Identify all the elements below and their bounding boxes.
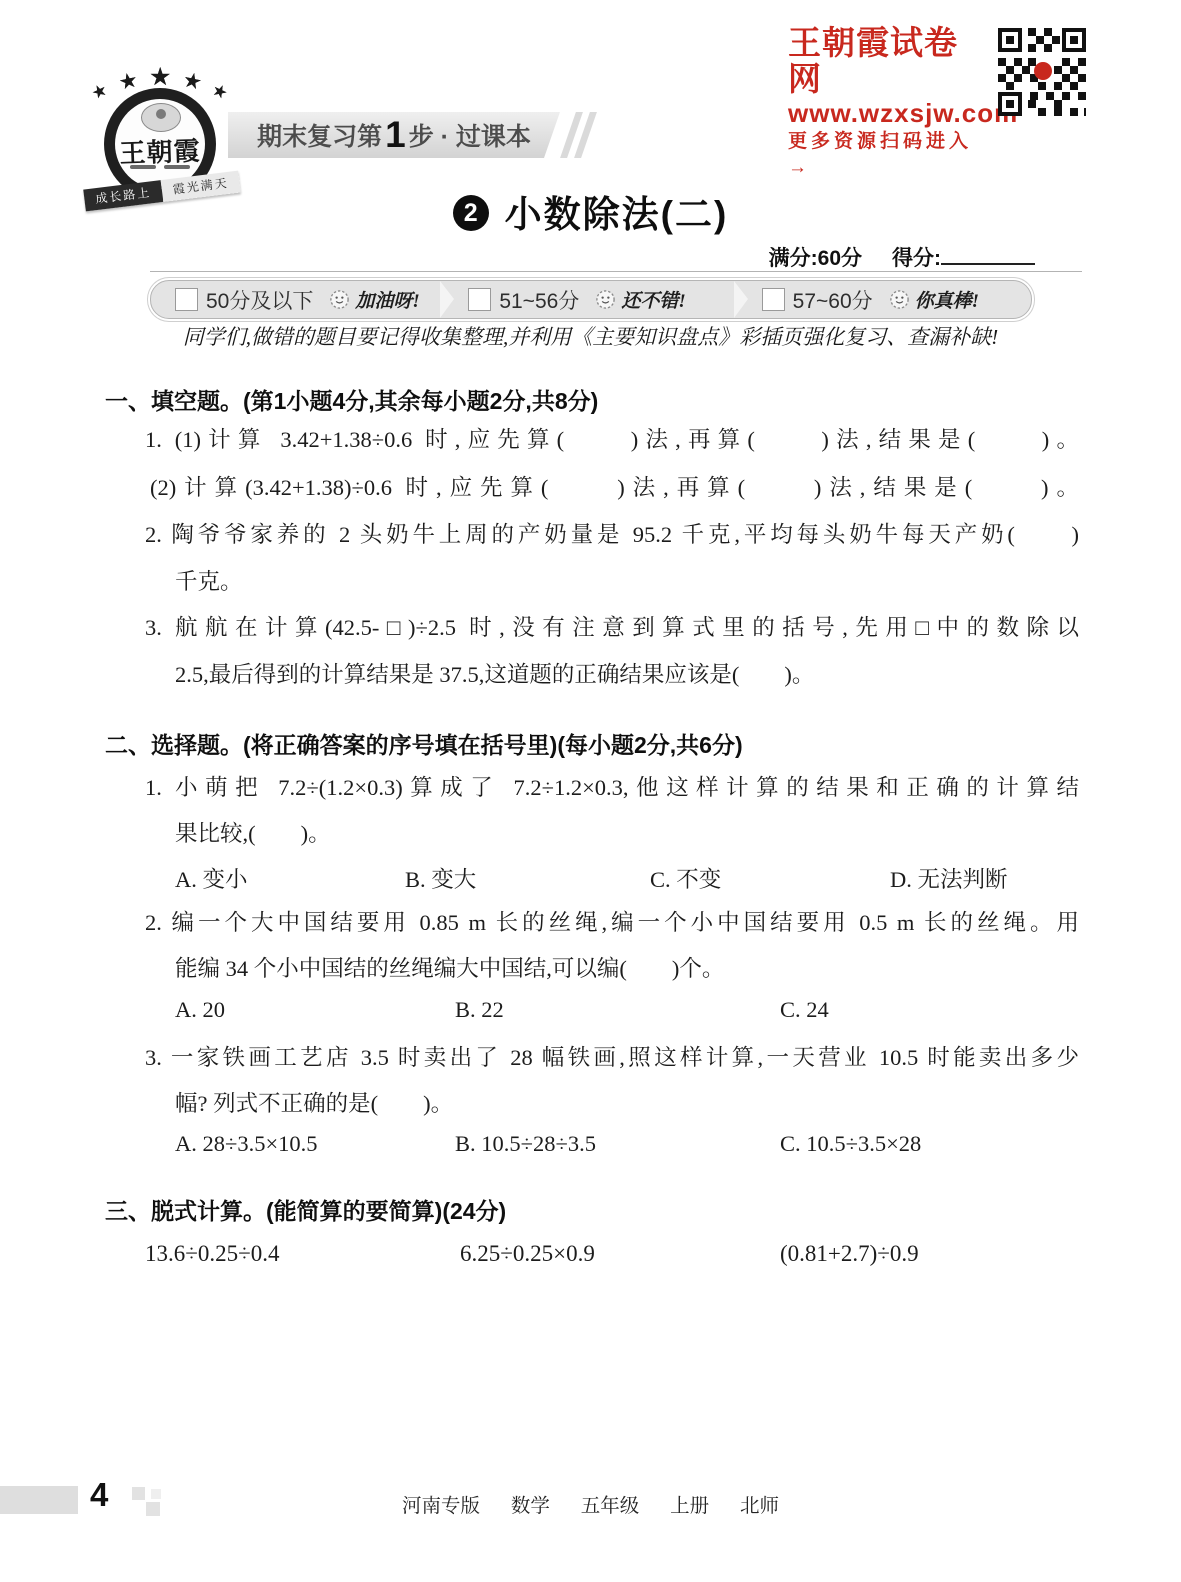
step-banner-prefix: 期末复习第 [257,117,382,153]
score-blank-line [941,243,1035,265]
title-text: 小数除法(二) [505,194,729,235]
expression: 6.25÷0.25×0.9 [460,1241,780,1267]
checkbox-icon [468,288,491,311]
question-line: 千克。 [175,567,1079,597]
score-range-label: 57~60分 [793,285,873,315]
option-d: D. 无法判断 [890,862,1008,894]
expression: (0.81+2.7)÷0.9 [780,1241,919,1267]
smiley-icon [329,289,350,310]
portrait-icon [141,103,181,132]
option-c: C. 24 [780,997,829,1023]
score-remark: 还不错! [621,286,685,313]
header-rule [150,271,1082,272]
brand-block: 王朝霞试卷网 www.wzxsjw.com 更多资源扫码进入→ [788,25,988,181]
exam-page: 王朝霞试卷网 www.wzxsjw.com 更多资源扫码进入→ [0,0,1181,1582]
footer-meta: 河南专版 数学 五年级 上册 北师 [0,1490,1181,1518]
footer-subject: 数学 [511,1496,550,1517]
section-heading-calc: 三、脱式计算。(能简算的要简算)(24分) [105,1193,506,1226]
star-icon: ★ [181,67,205,95]
score-header: 满分:60分 得分: [769,242,1035,272]
option-b: B. 22 [455,997,780,1023]
checkbox-icon [175,288,198,311]
section-heading-fill: 一、填空题。(第1小题4分,其余每小题2分,共8分) [105,383,598,416]
step-banner: 期末复习第 1 步 · 过课本 [228,112,560,158]
score-range-segment: 50分及以下 加油呀! [151,281,444,318]
option-a: A. 28÷3.5×10.5 [175,1131,455,1157]
score-label: 得分: [892,242,941,272]
question-line: 2.5,最后得到的计算结果是 37.5,这道题的正确结果应该是( )。 [175,660,1079,690]
footer-edition: 河南专版 [402,1496,480,1517]
smiley-icon [889,289,910,310]
score-remark: 加油呀! [355,286,419,313]
brand-scan-hint: 更多资源扫码进入→ [788,129,988,181]
score-range-bar: 50分及以下 加油呀! 51~56分 还不错! 57~60分 你真棒! [150,280,1032,319]
option-row: A. 28÷3.5×10.5 B. 10.5÷28÷3.5 C. 10.5÷3.… [175,1131,1081,1157]
full-score-label: 满分:60分 [769,242,862,272]
question-line: 2. 编一个大中国结要用 0.85 m 长的丝绳,编一个小中国结要用 0.5 m… [145,908,1079,938]
qr-code-icon [998,28,1086,116]
footer-publisher: 北师 [740,1496,779,1517]
expression: 13.6÷0.25÷0.4 [145,1241,460,1267]
step-number: 1 [385,112,406,158]
score-range-segment: 57~60分 你真棒! [738,281,1031,318]
question-line: 1. 小萌把 7.2÷(1.2×0.3)算成了 7.2÷1.2×0.3,他这样计… [145,773,1079,803]
score-remark: 你真棒! [915,286,979,313]
section-heading-choice: 二、选择题。(将正确答案的序号填在括号里)(每小题2分,共6分) [105,727,743,760]
score-range-label: 51~56分 [499,285,579,315]
smiley-icon [595,289,616,310]
star-icon: ★ [208,80,230,105]
paper-body: 一、填空题。(第1小题4分,其余每小题2分,共8分) 1. (1)计算 3.42… [105,375,1081,1325]
expression-row: 13.6÷0.25÷0.4 6.25÷0.25×0.9 (0.81+2.7)÷0… [145,1241,1081,1267]
footer-volume: 上册 [670,1496,709,1517]
tip-text: 同学们,做错的题目要记得收集整理,并利用《主要知识盘点》彩插页强化复习、查漏补缺… [0,321,1181,351]
option-a: A. 变小 [175,862,405,894]
badge-small-text [115,165,205,169]
question-line: 3. 航航在计算(42.5-□)÷2.5 时,没有注意到算式里的括号,先用□中的… [145,613,1079,643]
option-b: B. 变大 [405,862,650,894]
score-range-segment: 51~56分 还不错! [444,281,737,318]
footer-grade: 五年级 [581,1496,640,1517]
option-c: C. 不变 [650,862,890,894]
step-banner-suffix: 步 · 过课本 [409,117,531,153]
option-row: A. 20 B. 22 C. 24 [175,997,1081,1023]
checkbox-icon [762,288,785,311]
star-icon: ★ [88,80,110,105]
option-c: C. 10.5÷3.5×28 [780,1131,921,1157]
score-range-label: 50分及以下 [206,285,313,315]
question-line: 2. 陶爷爷家养的 2 头奶牛上周的产奶量是 95.2 千克,平均每头奶牛每天产… [145,520,1079,550]
question-line: (2)计算(3.42+1.38)÷0.6 时,应先算( )法,再算( )法,结果… [150,473,1079,503]
badge-ribbon-left: 成长路上 [83,180,163,211]
option-b: B. 10.5÷28÷3.5 [455,1131,780,1157]
question-line: 1. (1)计算 3.42+1.38÷0.6 时,应先算( )法,再算( )法,… [145,425,1079,455]
question-line: 3. 一家铁画工艺店 3.5 时卖出了 28 幅铁画,照这样计算,一天营业 10… [145,1043,1079,1073]
question-line: 幅? 列式不正确的是( )。 [175,1089,1079,1119]
option-row: A. 变小 B. 变大 C. 不变 D. 无法判断 [175,862,1081,894]
star-icon: ★ [117,67,141,95]
brand-logo-badge: ★ ★ ★ ★ ★ 王朝霞 成长路上 霞光满天 [92,62,232,222]
brand-site-name: 王朝霞试卷网 [788,25,988,97]
question-line: 能编 34 个小中国结的丝绳编大中国结,可以编( )个。 [175,954,1079,984]
question-line: 果比较,( )。 [175,819,1079,849]
option-a: A. 20 [175,997,455,1023]
brand-url: www.wzxsjw.com [788,97,988,129]
title-number-badge: 2 [453,195,489,231]
